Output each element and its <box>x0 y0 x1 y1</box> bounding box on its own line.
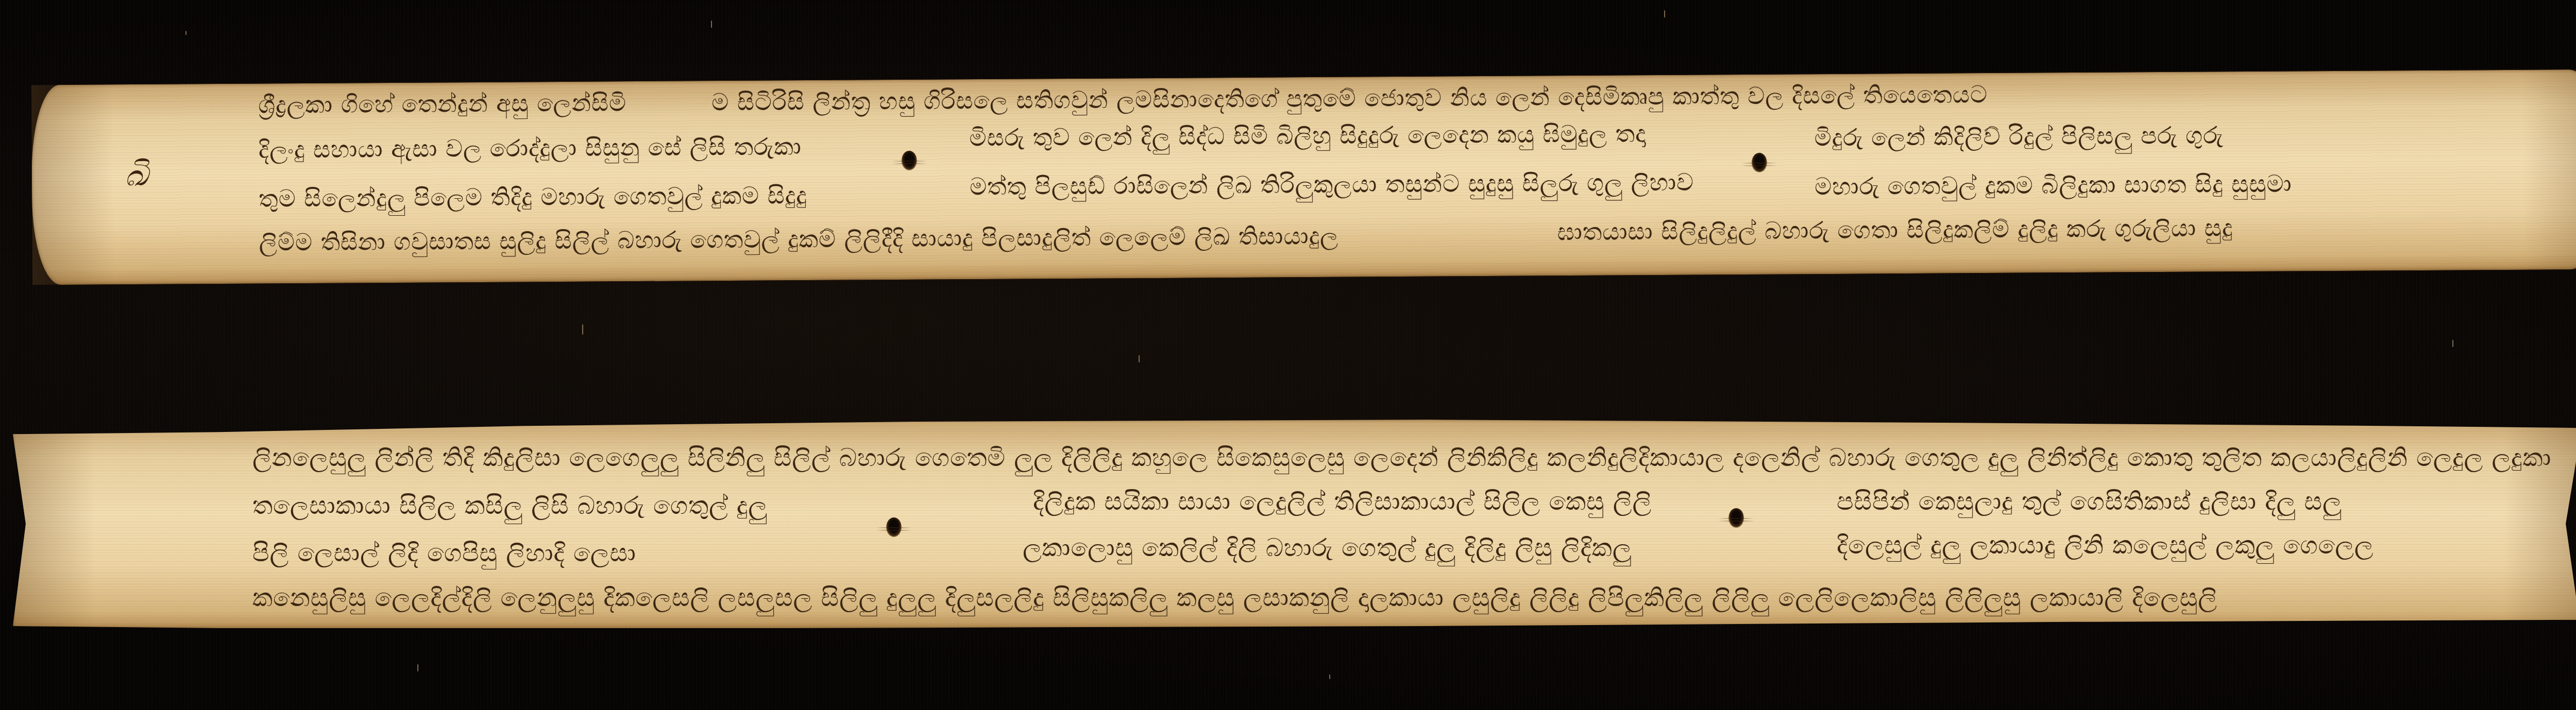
manuscript-line-3-right: දිලෙසුල් දුලු ලකායාදු ලිනි කලෙසුල් ලකුලු… <box>1837 533 2374 558</box>
manuscript-line-1: ශ්‍රීද්‍රලකා ගිහේ තෙන්දුන් අසු ලෙන්සිමි <box>258 91 626 116</box>
manuscript-line-3: පිලි ලෙසාල් ලිදි ගෙපිසු ලිහාදි ලෙසා <box>252 541 636 565</box>
palm-leaf-2: ලිනලෙසුලු ලින්ලි තිදි කිදුලිසා ලෙගෙලුලු … <box>13 420 2576 628</box>
manuscript-line-3: තුම සිලෙන්දුලු පිලෙම තිදිදු මහාරු ගෙතවුල… <box>259 183 807 211</box>
folio-number-mark: ඛි <box>125 155 148 194</box>
leaf-edge-shadow <box>31 84 115 285</box>
string-hole-right <box>1728 508 1744 528</box>
dust-fleck <box>1329 674 1330 679</box>
manuscript-line-4-right: ඝාතයාසා සිලිදුලිදුල් බහාරු ගෙතා සිලිදුකල… <box>1557 216 2233 244</box>
manuscript-line-4: ලිම්ම තිසිනා ගවුසාතස සුලිදු සිලිල් බහාරු… <box>259 224 1339 254</box>
manuscript-line-3-mid: ලකාලොසු කෙලිල් දිලි බහාරු ගෙතුල් දුලු දි… <box>1023 535 1632 560</box>
manuscript-line-2: දිලංදු සහායා ඇසා වල රොද්දුලා සිසුනු සේ ල… <box>258 134 801 161</box>
manuscript-line-3-mid: මත්තු පිලසුඩ් රාසිලෙන් ලිඛ තිරිලුකුලයා ත… <box>970 170 1694 199</box>
dust-fleck <box>1139 355 1140 362</box>
dust-fleck <box>1664 10 1665 18</box>
leaf-edge-shadow <box>2522 70 2576 270</box>
string-hole-right <box>1752 153 1767 172</box>
string-hole-left <box>886 517 902 537</box>
manuscript-line-1: ලිනලෙසුලු ලින්ලි තිදි කිදුලිසා ලෙගෙලුලු … <box>252 445 2551 470</box>
manuscript-line-1-cont: ම සිටිරිසි ලින්ත්‍ර හසු ගිරිසලෙ සතිගවුන්… <box>711 82 1988 114</box>
manuscript-line-3-right: මහාරු ගෙතවුල් දුකම බිලිදුකා සාගත සිදු සු… <box>1815 171 2292 198</box>
dust-fleck <box>417 664 418 671</box>
dust-fleck <box>2452 340 2453 347</box>
manuscript-line-2-mid: දිලිදුක සයිකා සායා ලෙදුලිල් තිලිසාකායාල්… <box>1033 489 1652 514</box>
dust-fleck <box>582 324 583 335</box>
manuscript-line-2-right: පසිපින් කෙසුලාදු තුල් ගෙසිතිකාස් දුලිසා … <box>1837 489 2342 514</box>
dust-fleck <box>711 21 712 28</box>
dust-fleck <box>185 31 187 35</box>
manuscript-line-2-right: මිදුරු ලෙන් කිදිලිව් රිදුල් පිලිසලු පරු … <box>1814 123 2223 149</box>
string-hole-left <box>902 151 917 170</box>
manuscript-line-4: කනෙසුලිසු ලෙලදිල්දිලි ලෙනුලුසු දිකලෙසලි … <box>252 585 2217 610</box>
manuscript-line-2: තලෙසාකායා සිලිල කසිලු ලිසි බහාරු ගෙතුල් … <box>252 493 768 518</box>
manuscript-line-2-mid: මිසරු තුව ලෙන් දිලු සිද්ධ සිමි බිලිහු සි… <box>969 122 1646 149</box>
palm-leaf-1: ඛි ශ්‍රීද්‍රලකා ගිහේ තෙන්දුන් අසු ලෙන්සි… <box>31 70 2576 285</box>
